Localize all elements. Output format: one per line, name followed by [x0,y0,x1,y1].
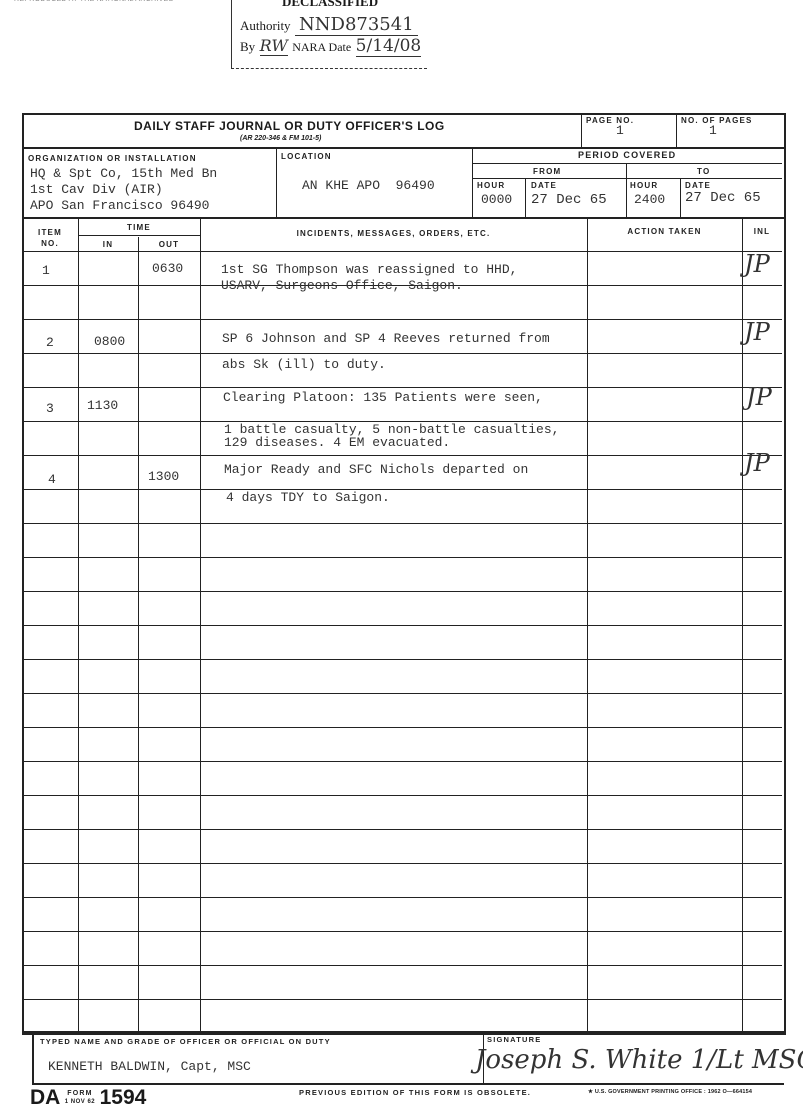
organization-label: ORGANIZATION OR INSTALLATION [28,154,197,163]
table-row-line [24,693,782,694]
signature-box: SIGNATURE Joseph S. White 1/Lt MSC [485,1033,782,1083]
to-date-label: DATE [685,181,711,190]
organization-box: ORGANIZATION OR INSTALLATION HQ & Spt Co… [24,149,276,217]
entry-4-line-1: Major Ready and SFC Nichols departed on [224,462,528,477]
table-row-line [24,353,782,354]
table-row-line [24,863,782,864]
signature-value: Joseph S. White 1/Lt MSC [475,1045,803,1075]
header-in: IN [78,240,138,249]
from-label: FROM [533,167,561,176]
table-row-line [24,761,782,762]
period-covered-box: PERIOD COVERED FROM TO HOUR 0000 DATE 27… [473,147,782,217]
table-row-line [24,659,782,660]
table-row-line [24,455,782,456]
form-da: DA [30,1086,60,1109]
declassified-heading: DECLASSIFIED [282,0,378,10]
location-value: AN KHE APO 96490 [302,178,435,193]
entry-2-line-2: abs Sk (ill) to duty. [222,357,386,372]
table-row-line [24,387,782,388]
entry-2-initials: JP [744,318,770,346]
entry-1-item: 1 [42,263,50,278]
entry-1-initials: JP [744,250,770,278]
table-row-line [24,319,782,320]
entry-2-item: 2 [46,335,54,350]
location-box: LOCATION AN KHE APO 96490 [278,149,472,217]
entry-3-initials: JP [746,383,772,411]
by-initials: RW [260,36,288,56]
reproduced-notice: REPRODUCED AT THE NATIONAL ARCHIVES [14,0,173,3]
entry-1-line-1: 1st SG Thompson was reassigned to HHD, [221,262,517,277]
header-time: TIME [78,223,200,232]
nara-date-value: 5/14/08 [356,36,422,57]
table-row-line [24,489,782,490]
form-word: FORM [65,1090,95,1098]
entry-1-line-2: USARV, Surgeons Office, Saigon. [221,278,463,293]
entry-3-item: 3 [46,401,54,416]
typed-name-label: TYPED NAME AND GRADE OF OFFICER OR OFFIC… [40,1037,331,1046]
table-row-line [24,999,782,1000]
header-out: OUT [138,240,200,249]
table-row-line [24,931,782,932]
entry-2-line-1: SP 6 Johnson and SP 4 Reeves returned fr… [222,331,550,346]
to-hour-value: 2400 [634,192,665,207]
table-row-line [24,897,782,898]
declassification-stamp: DECLASSIFIED Authority NND873541 By RW N… [231,0,427,69]
from-hour-label: HOUR [477,181,505,190]
entry-1-out: 0630 [152,261,183,276]
authority-label: Authority [240,18,291,33]
table-row-line [24,727,782,728]
to-hour-label: HOUR [630,181,658,190]
entry-3-line-3: 129 diseases. 4 EM evacuated. [224,435,450,450]
nara-date-label: NARA Date [292,40,351,54]
table-row-line [24,829,782,830]
no-of-pages-box: NO. OF PAGES 1 [676,113,783,148]
table-row-line [24,625,782,626]
table-row-line [24,795,782,796]
entry-2-in: 0800 [94,334,125,349]
to-date-value: 27 Dec 65 [685,190,761,206]
header-item-no: ITEM NO. [28,227,72,249]
entry-3-in: 1130 [87,398,118,413]
to-label: TO [697,167,710,176]
table-row-line [24,251,782,252]
signature-label: SIGNATURE [487,1035,541,1044]
typed-name-value: KENNETH BALDWIN, Capt, MSC [48,1059,251,1074]
table-row-line [24,965,782,966]
previous-edition-notice: PREVIOUS EDITION OF THIS FORM IS OBSOLET… [299,1088,531,1097]
location-label: LOCATION [281,152,332,161]
authority-value: NND873541 [295,14,418,36]
form-title: DAILY STAFF JOURNAL OR DUTY OFFICER'S LO… [134,119,445,133]
entry-4-item: 4 [48,472,56,487]
by-label: By [240,39,255,54]
header-inl: INL [742,227,782,236]
period-covered-label: PERIOD COVERED [578,150,676,160]
form-number: DA FORM 1 NOV 62 1594 [30,1086,146,1110]
organization-line-2: 1st Cav Div (AIR) [30,182,163,197]
entry-4-out: 1300 [148,469,179,484]
no-of-pages-value: 1 [709,123,717,138]
organization-line-3: APO San Francisco 96490 [30,198,209,213]
table-row-line [24,523,782,524]
table-row-line [24,591,782,592]
from-date-label: DATE [531,181,557,190]
from-date-value: 27 Dec 65 [531,192,607,208]
organization-line-1: HQ & Spt Co, 15th Med Bn [30,166,217,181]
form-subtitle: (AR 220-346 & FM 101-5) [240,135,321,142]
page-no-value: 1 [616,123,624,138]
form-date: 1 NOV 62 [65,1098,95,1106]
page-no-box: PAGE NO. 1 [581,113,677,148]
entry-4-initials: JP [744,449,770,477]
page-no-label: PAGE NO. [586,116,634,125]
header-action-taken: ACTION TAKEN [587,227,742,236]
from-hour-value: 0000 [481,192,512,207]
table-row-line [24,557,782,558]
typed-name-box: TYPED NAME AND GRADE OF OFFICER OR OFFIC… [32,1033,484,1083]
form-number-value: 1594 [100,1086,147,1109]
entry-3-line-1: Clearing Platoon: 135 Patients were seen… [223,390,543,405]
header-incidents: INCIDENTS, MESSAGES, ORDERS, ETC. [200,229,587,238]
entry-4-line-2: 4 days TDY to Saigon. [226,490,390,505]
gpo-notice: ★ U.S. GOVERNMENT PRINTING OFFICE : 1962… [588,1089,752,1095]
